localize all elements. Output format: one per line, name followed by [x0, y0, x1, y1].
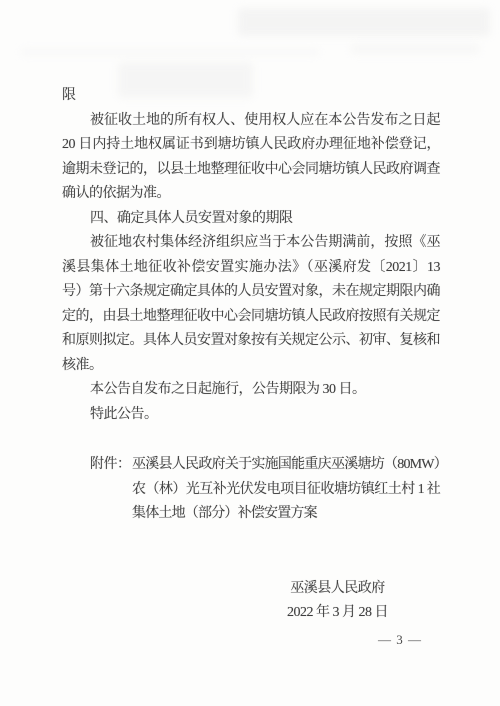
paragraph-closing-statement: 特此公告。: [62, 403, 440, 428]
continuation-line: 限: [62, 84, 440, 109]
page-number: — 3 —: [378, 632, 422, 648]
issuing-authority: 巫溪县人民政府: [287, 577, 388, 601]
document-body: 限 被征收土地的所有权人、使用权人应在本公告发布之日起 20 日内持土地权属证书…: [62, 84, 440, 625]
paragraph-registration-deadline: 被征收土地的所有权人、使用权人应在本公告发布之日起 20 日内持土地权属证书到塘…: [62, 109, 440, 207]
scanned-document-page: 限 被征收土地的所有权人、使用权人应在本公告发布之日起 20 日内持土地权属证书…: [0, 0, 500, 706]
bleed-through-smudge: [238, 8, 490, 36]
bleed-through-smudge: [350, 44, 480, 54]
attachment-section: 附件： 巫溪县人民政府关于实施国能重庆巫溪塘坊（80MW）农（林）光互补光伏发电…: [90, 453, 440, 527]
attachment-label: 附件：: [90, 453, 132, 527]
issue-date: 2022 年 3 月 28 日: [287, 601, 388, 625]
signature-block: 巫溪县人民政府 2022 年 3 月 28 日: [287, 577, 388, 625]
paragraph-effective-period: 本公告自发布之日起施行，公告期限为 30 日。: [62, 378, 440, 403]
section-heading-four: 四、确定具体人员安置对象的期限: [62, 207, 440, 232]
bleed-through-smudge: [20, 48, 320, 56]
paragraph-resettlement-determination: 被征地农村集体经济组织应当于本公告期满前，按照《巫溪县集体土地征收补偿安置实施办…: [62, 231, 440, 378]
attachment-title: 巫溪县人民政府关于实施国能重庆巫溪塘坊（80MW）农（林）光互补光伏发电项目征收…: [132, 453, 440, 527]
